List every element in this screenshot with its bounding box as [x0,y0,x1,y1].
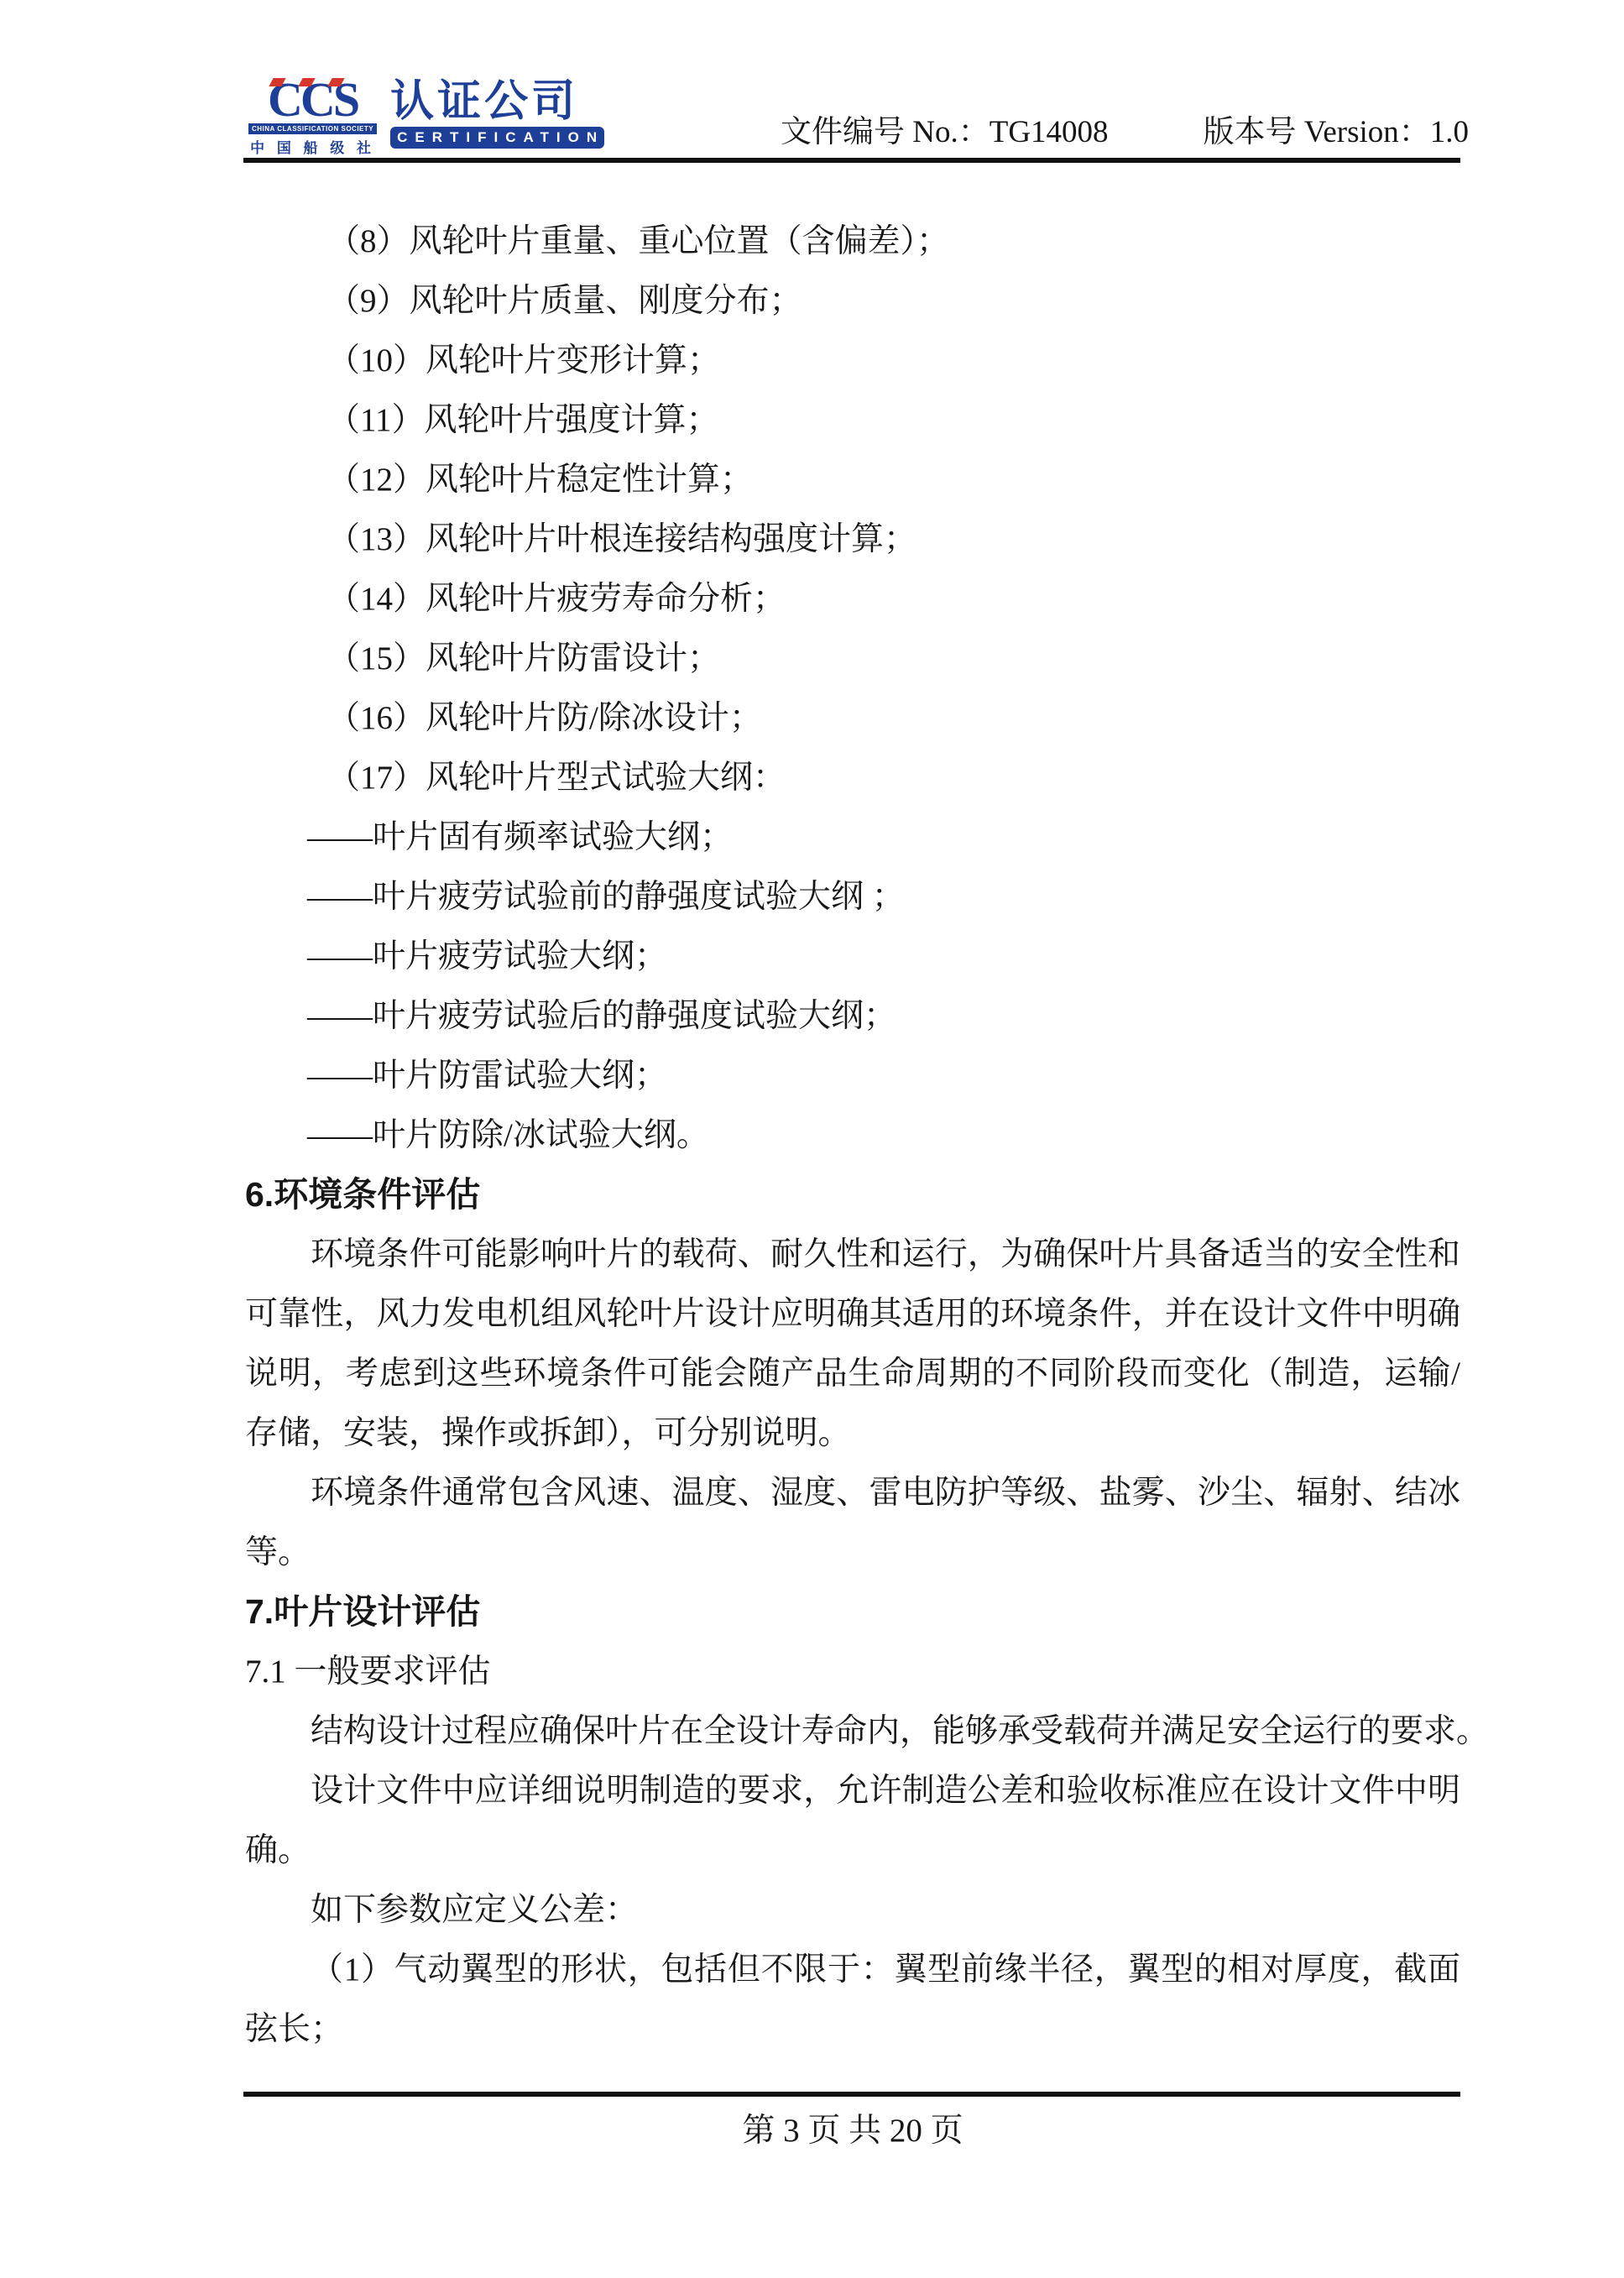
society-cn-label: 中 国 船 级 社 [250,136,375,157]
paragraph-line: 等。 [245,1523,1460,1582]
list-item: （9）风轮叶片质量、刚度分布； [245,271,1460,331]
ccs-logo-right: 认证公司 CERTIFICATION [390,81,604,149]
header-meta: 文件编号 No.：TG14008 版本号 Version：1.0 [781,106,1469,151]
list-item: （15）风轮叶片防雷设计； [245,629,1460,688]
section-heading: 6.环境条件评估 [245,1165,1460,1225]
subsection-heading: 7.1 一般要求评估 [245,1642,1460,1701]
header-divider [243,158,1460,163]
dash-list-item: ——叶片疲劳试验后的静强度试验大纲； [245,986,1460,1046]
paragraph-line: 说明，考虑到这些环境条件可能会随产品生命周期的不同阶段而变化（制造，运输/ [245,1344,1460,1403]
paragraph-line: 设计文件中应详细说明制造的要求，允许制造公差和验收标准应在设计文件中明 [245,1761,1460,1821]
dash-list-item: ——叶片防雷试验大纲； [245,1046,1460,1105]
list-item: （14）风轮叶片疲劳寿命分析； [245,569,1460,629]
doc-number-label: 文件编号 No.：TG14008 [781,106,1109,151]
dash-list-item: ——叶片防除/冰试验大纲。 [245,1105,1460,1165]
ccs-logo: CCS CHINA CLASSIFICATION SOCIETY 中 国 船 级… [248,81,604,157]
paragraph-line: 环境条件通常包含风速、温度、湿度、雷电防护等级、盐雾、沙尘、辐射、结冰 [245,1463,1460,1523]
company-cn-label: 认证公司 [390,81,604,123]
page-number: 第 3 页 共 20 页 [245,2105,1460,2157]
ccs-logo-left: CCS CHINA CLASSIFICATION SOCIETY 中 国 船 级… [248,81,377,157]
list-item: （10）风轮叶片变形计算； [245,331,1460,390]
paragraph-line: 弦长； [245,1999,1460,2059]
paragraph-line: 结构设计过程应确保叶片在全设计寿命内，能够承受载荷并满足安全运行的要求。 [245,1701,1460,1761]
paragraph-line: 可靠性，风力发电机组风轮叶片设计应明确其适用的环境条件，并在设计文件中明确 [245,1284,1460,1344]
paragraph-line: 如下参数应定义公差： [245,1880,1460,1940]
list-item: （12）风轮叶片稳定性计算； [245,450,1460,509]
list-item: （16）风轮叶片防/除冰设计； [245,688,1460,748]
list-item: （8）风轮叶片重量、重心位置（含偏差）； [245,212,1460,271]
dash-list-item: ——叶片疲劳试验大纲； [245,927,1460,986]
paragraph-line: （1）气动翼型的形状，包括但不限于：翼型前缘半径，翼型的相对厚度，截面 [245,1940,1460,1999]
dash-list-item: ——叶片疲劳试验前的静强度试验大纲 ； [245,867,1460,927]
paragraph-line: 环境条件可能影响叶片的载荷、耐久性和运行，为确保叶片具备适当的安全性和 [245,1225,1460,1284]
paragraph-line: 确。 [245,1821,1460,1880]
list-item: （17）风轮叶片型式试验大纲： [245,748,1460,807]
document-page: CCS CHINA CLASSIFICATION SOCIETY 中 国 船 级… [0,0,1624,2278]
certification-en-label: CERTIFICATION [390,127,604,149]
dash-list-item: ——叶片固有频率试验大纲； [245,807,1460,867]
list-item: （13）风轮叶片叶根连接结构强度计算； [245,509,1460,569]
version-label: 版本号 Version：1.0 [1203,106,1469,151]
list-item: （11）风轮叶片强度计算； [245,390,1460,450]
document-body: （8）风轮叶片重量、重心位置（含偏差）；（9）风轮叶片质量、刚度分布；（10）风… [245,212,1460,2059]
footer-divider [243,2092,1460,2097]
ccs-logo-text: CCS [268,81,358,119]
section-heading: 7.叶片设计评估 [245,1582,1460,1642]
paragraph-line: 存储，安装，操作或拆卸），可分别说明。 [245,1403,1460,1463]
